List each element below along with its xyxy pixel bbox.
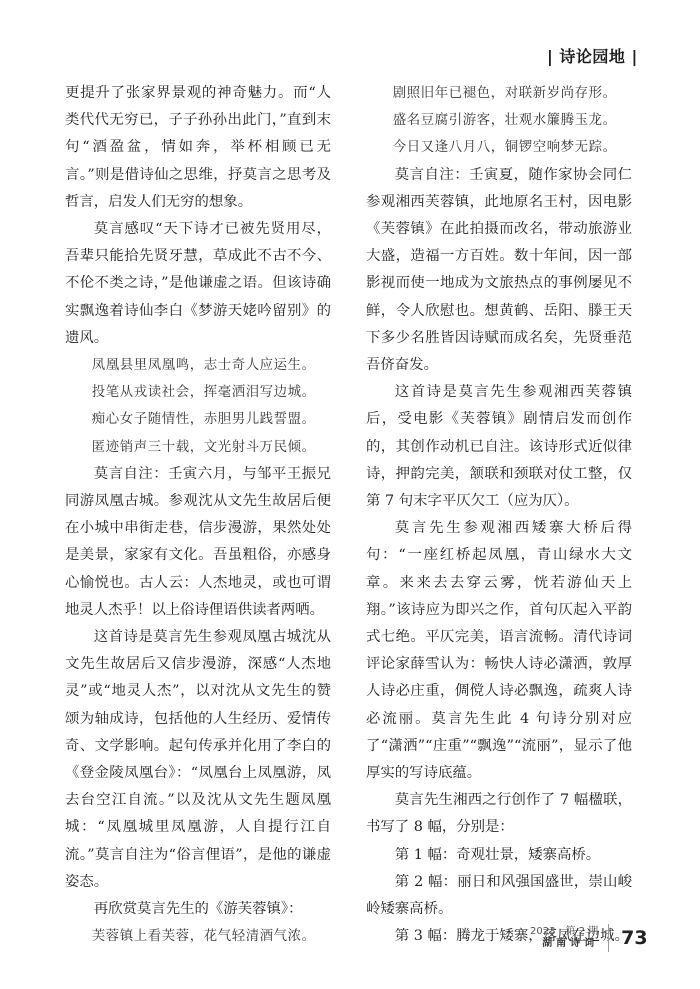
paragraph: 这首诗是莫言先生参观凤凰古城沈从文先生故居后又信步漫游，深感“人杰地灵”或“地灵… bbox=[65, 624, 331, 896]
poem-line: 投笔从戎读社会，挥毫洒泪写边城。 bbox=[65, 379, 331, 406]
paragraph: 莫言先生湘西之行创作了 7 幅楹联，书写了 8 幅，分别是： bbox=[366, 787, 632, 841]
paragraph: 莫言自注：壬寅夏，随作家协会同仁参观湘西芙蓉镇，此地原名王村，因电影《芙蓉镇》在… bbox=[366, 162, 632, 380]
paragraph: 莫言自注：壬寅六月，与邹平王振兄同游凤凰古城。参观沈从文先生故居后便在小城中串街… bbox=[65, 461, 331, 624]
poem-line: 剧照旧年已褪色，对联新岁尚存形。 bbox=[366, 80, 632, 107]
poem-line: 匿迹销声三十载，文光射斗万民倾。 bbox=[65, 434, 331, 461]
poem-line: 芙蓉镇上看芙蓉，花气轻清酒气浓。 bbox=[65, 923, 331, 950]
issue-label: 2023 第 2 期 bbox=[530, 926, 598, 938]
paragraph: 莫言先生参观湘西矮寨大桥后得句：“一座红桥起凤凰，青山绿水大文章。来来去去穿云雾… bbox=[366, 515, 632, 787]
paragraph: 第 1 幅：奇观壮景，矮寨高桥。 bbox=[366, 842, 632, 869]
paragraph: 再欣赏莫言先生的《游芙蓉镇》： bbox=[65, 896, 331, 923]
page-number: 73 bbox=[621, 927, 647, 949]
page-footer: 2023 第 2 期 湖南诗词 73 bbox=[530, 924, 648, 952]
paragraph: 这首诗是莫言先生参观湘西芙蓉镇后，受电影《芙蓉镇》剧情启发而创作的，其创作动机已… bbox=[366, 379, 632, 515]
footer-divider bbox=[608, 924, 609, 952]
section-tag: | 诗论园地 | bbox=[547, 44, 638, 67]
poem-line: 盛名豆腐引游客，壮观水簾腾玉龙。 bbox=[366, 107, 632, 134]
magazine-name: 湖南诗词 bbox=[542, 938, 598, 950]
poem-line: 今日又逢八月八，铜锣空响梦无踪。 bbox=[366, 134, 632, 161]
paragraph: 莫言感叹“天下诗才已被先贤用尽，吾辈只能拾先贤牙慧，草成此不古不今、不伦不类之诗… bbox=[65, 216, 331, 352]
footer-issue-info: 2023 第 2 期 湖南诗词 bbox=[530, 926, 598, 950]
left-column: 更提升了张家界景观的神奇魅力。而“人类代代无穷已，子子孙孙出此门，”直到末句“酒… bbox=[65, 80, 331, 951]
poem-line: 凤凰县里凤凰鸣，志士奇人应运生。 bbox=[65, 352, 331, 379]
paragraph: 更提升了张家界景观的神奇魅力。而“人类代代无穷已，子子孙孙出此门，”直到末句“酒… bbox=[65, 80, 331, 216]
paragraph: 第 2 幅：丽日和风强国盛世，崇山峻岭矮寨高桥。 bbox=[366, 869, 632, 923]
poem-line: 痴心女子随情性，赤胆男儿践誓盟。 bbox=[65, 406, 331, 433]
right-column: 剧照旧年已褪色，对联新岁尚存形。 盛名豆腐引游客，壮观水簾腾玉龙。 今日又逢八月… bbox=[366, 80, 632, 951]
